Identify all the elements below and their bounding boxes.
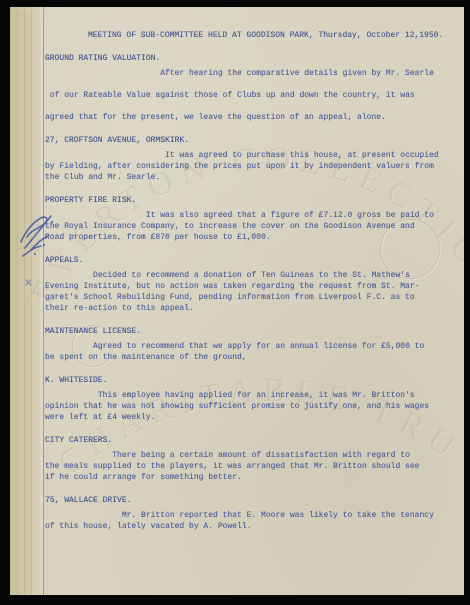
section-appeals: APPEALS. Decided to recommend a donation… (45, 255, 456, 314)
scanned-document: EVERTON COLLECTION EVERTON COLLECTION CH… (0, 0, 470, 605)
document-content: MEETING OF SUB-COMMITTEE HELD AT GOODISO… (45, 30, 456, 532)
section-paragraph: Agreed to recommend that we apply for an… (45, 341, 456, 363)
section-property-fire-risk: PROPERTY FIRE RISK. It was also agreed t… (45, 195, 456, 243)
section-k-whiteside: K. WHITESIDE. This employee having appli… (45, 375, 456, 423)
section-paragraph: Decided to recommend a donation of Ten G… (45, 270, 456, 314)
section-ground-rating-valuation: GROUND RATING VALUATION. After hearing t… (45, 53, 456, 123)
section-croftson-avenue: 27, CROFTSON AVENUE, ORMSKIRK. It was ag… (45, 135, 456, 183)
section-wallace-drive: 75, WALLACE DRIVE. Mr. Britton reported … (45, 495, 456, 532)
section-heading: 27, CROFTSON AVENUE, ORMSKIRK. (45, 135, 456, 146)
document-page: EVERTON COLLECTION EVERTON COLLECTION CH… (10, 7, 464, 595)
document-title: MEETING OF SUB-COMMITTEE HELD AT GOODISO… (88, 30, 456, 41)
section-paragraph: After hearing the comparative details gi… (45, 68, 456, 123)
section-heading: APPEALS. (45, 255, 456, 266)
section-heading: MAINTENANCE LICENSE. (45, 326, 456, 337)
section-city-caterers: CITY CATERERS. There being a certain amo… (45, 435, 456, 483)
section-paragraph: It was agreed to purchase this house, at… (45, 150, 456, 183)
section-heading: PROPERTY FIRE RISK. (45, 195, 456, 206)
section-paragraph: This employee having applied for an incr… (45, 390, 456, 423)
section-paragraph: Mr. Britton reported that E. Moore was l… (45, 510, 456, 532)
section-paragraph: It was also agreed that a figure of £7.1… (45, 210, 456, 243)
section-heading: GROUND RATING VALUATION. (45, 53, 456, 64)
page-binding-edge (10, 7, 44, 595)
section-heading: CITY CATERERS. (45, 435, 456, 446)
section-heading: K. WHITESIDE. (45, 375, 456, 386)
section-paragraph: There being a certain amount of dissatis… (45, 450, 456, 483)
section-heading: 75, WALLACE DRIVE. (45, 495, 456, 506)
section-maintenance-license: MAINTENANCE LICENSE. Agreed to recommend… (45, 326, 456, 363)
